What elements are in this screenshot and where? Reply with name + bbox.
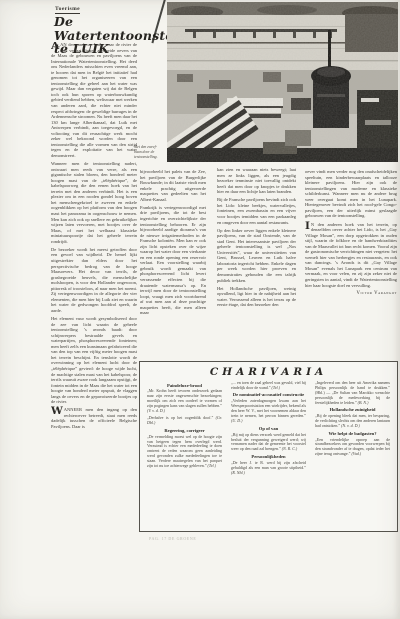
charivaria-item: „... en toen de zaal geheel was gevuld, … [231, 381, 306, 391]
charivaria-item: „Bij de opening bleek dat men, ter bespa… [315, 414, 390, 429]
charivaria-item: „Ingeleverd om den heer uit Amerika name… [315, 381, 390, 406]
page-footer: PAG. 17 DE GROENE [149, 536, 196, 541]
paragraph: Wanneer men de tentoonstelling nadert, o… [51, 161, 137, 244]
charivaria-item: „Derhalve is op het oogenblik doof.” (Gr… [147, 416, 222, 426]
paragraph: Het Hollandsche paviljoen, weinig opvall… [217, 286, 296, 308]
paragraph: oever vindt men verder nog den onafschei… [305, 169, 397, 219]
paragraph: WANNEER men den ingang op den rechteroev… [51, 407, 137, 429]
paragraph: Frankrijk is vertegenwoordigd met drie p… [140, 205, 206, 316]
article-column-4: oever vindt men verder nog den onafschei… [305, 169, 397, 354]
paragraph: kan zien en waaraan niets beweegt; laat … [217, 167, 296, 195]
photo-caption: Met den zweef- baan door de tentoonstell… [134, 145, 165, 160]
charivaria-item: „De vermelding moest wel op de hoogte zi… [147, 435, 222, 470]
charivaria-column-3: „Ingeleverd om den heer uit Amerika name… [315, 381, 390, 523]
charivaria-item: „Bij mij op diens verzoek werd gemeld da… [231, 433, 306, 453]
charivaria-box: CHARIVARIA Paindeluxe-brood „Mr. Krohn h… [139, 361, 398, 532]
paragraph: AAN den rand van Luik, waar de rivier de… [51, 42, 137, 158]
charivaria-item: „De heer J. te R. werd bij zijn afscheid… [231, 461, 306, 476]
paragraph: IN den anderen hoek van het terrein, op … [305, 222, 397, 289]
photo-illustration [167, 2, 398, 162]
article-column-3: kan zien en waaraan niets beweegt; laat … [217, 167, 296, 354]
author-signature: Victor Varangot [305, 291, 397, 297]
section-kicker: Toerisme [55, 6, 80, 14]
paragraph: bijvoorbeeld het paleis van de Zee, het … [140, 169, 206, 202]
charivaria-columns: Paindeluxe-brood „Mr. Krohn heeft tevore… [147, 381, 390, 523]
paragraph: Het element vuur wordt gesymboliseerd do… [51, 316, 137, 405]
paragraph: Bij de Fransche paviljoens bevindt zich … [217, 197, 296, 225]
charivaria-title: CHARIVARIA [147, 366, 390, 378]
article-column-1: AAN den rand van Luik, waar de rivier de… [51, 42, 137, 506]
newspaper-page: Toerisme De Watertentoonstelling te LUIK [0, 0, 400, 619]
charivaria-item: „Een vriendelijke oproep aan de strandbe… [315, 438, 390, 458]
charivaria-item: „Mr. Krohn heeft tevoren onderzoek gedaa… [147, 389, 222, 414]
charivaria-column-2: „... en toen de zaal geheel was gevuld, … [231, 381, 306, 523]
charivaria-column-1: Paindeluxe-brood „Mr. Krohn heeft tevore… [147, 381, 222, 523]
article-column-2: bijvoorbeeld het paleis van de Zee, het … [140, 169, 206, 354]
paragraph: De bezoeker wordt het meest getroffen do… [51, 247, 137, 314]
charivaria-item: „Verleden zaterdagmorgen kwam aan het We… [231, 399, 306, 424]
exposition-aerial-photo [167, 2, 398, 162]
paragraph: Op den linker oever liggen enkele kleine… [217, 228, 296, 283]
